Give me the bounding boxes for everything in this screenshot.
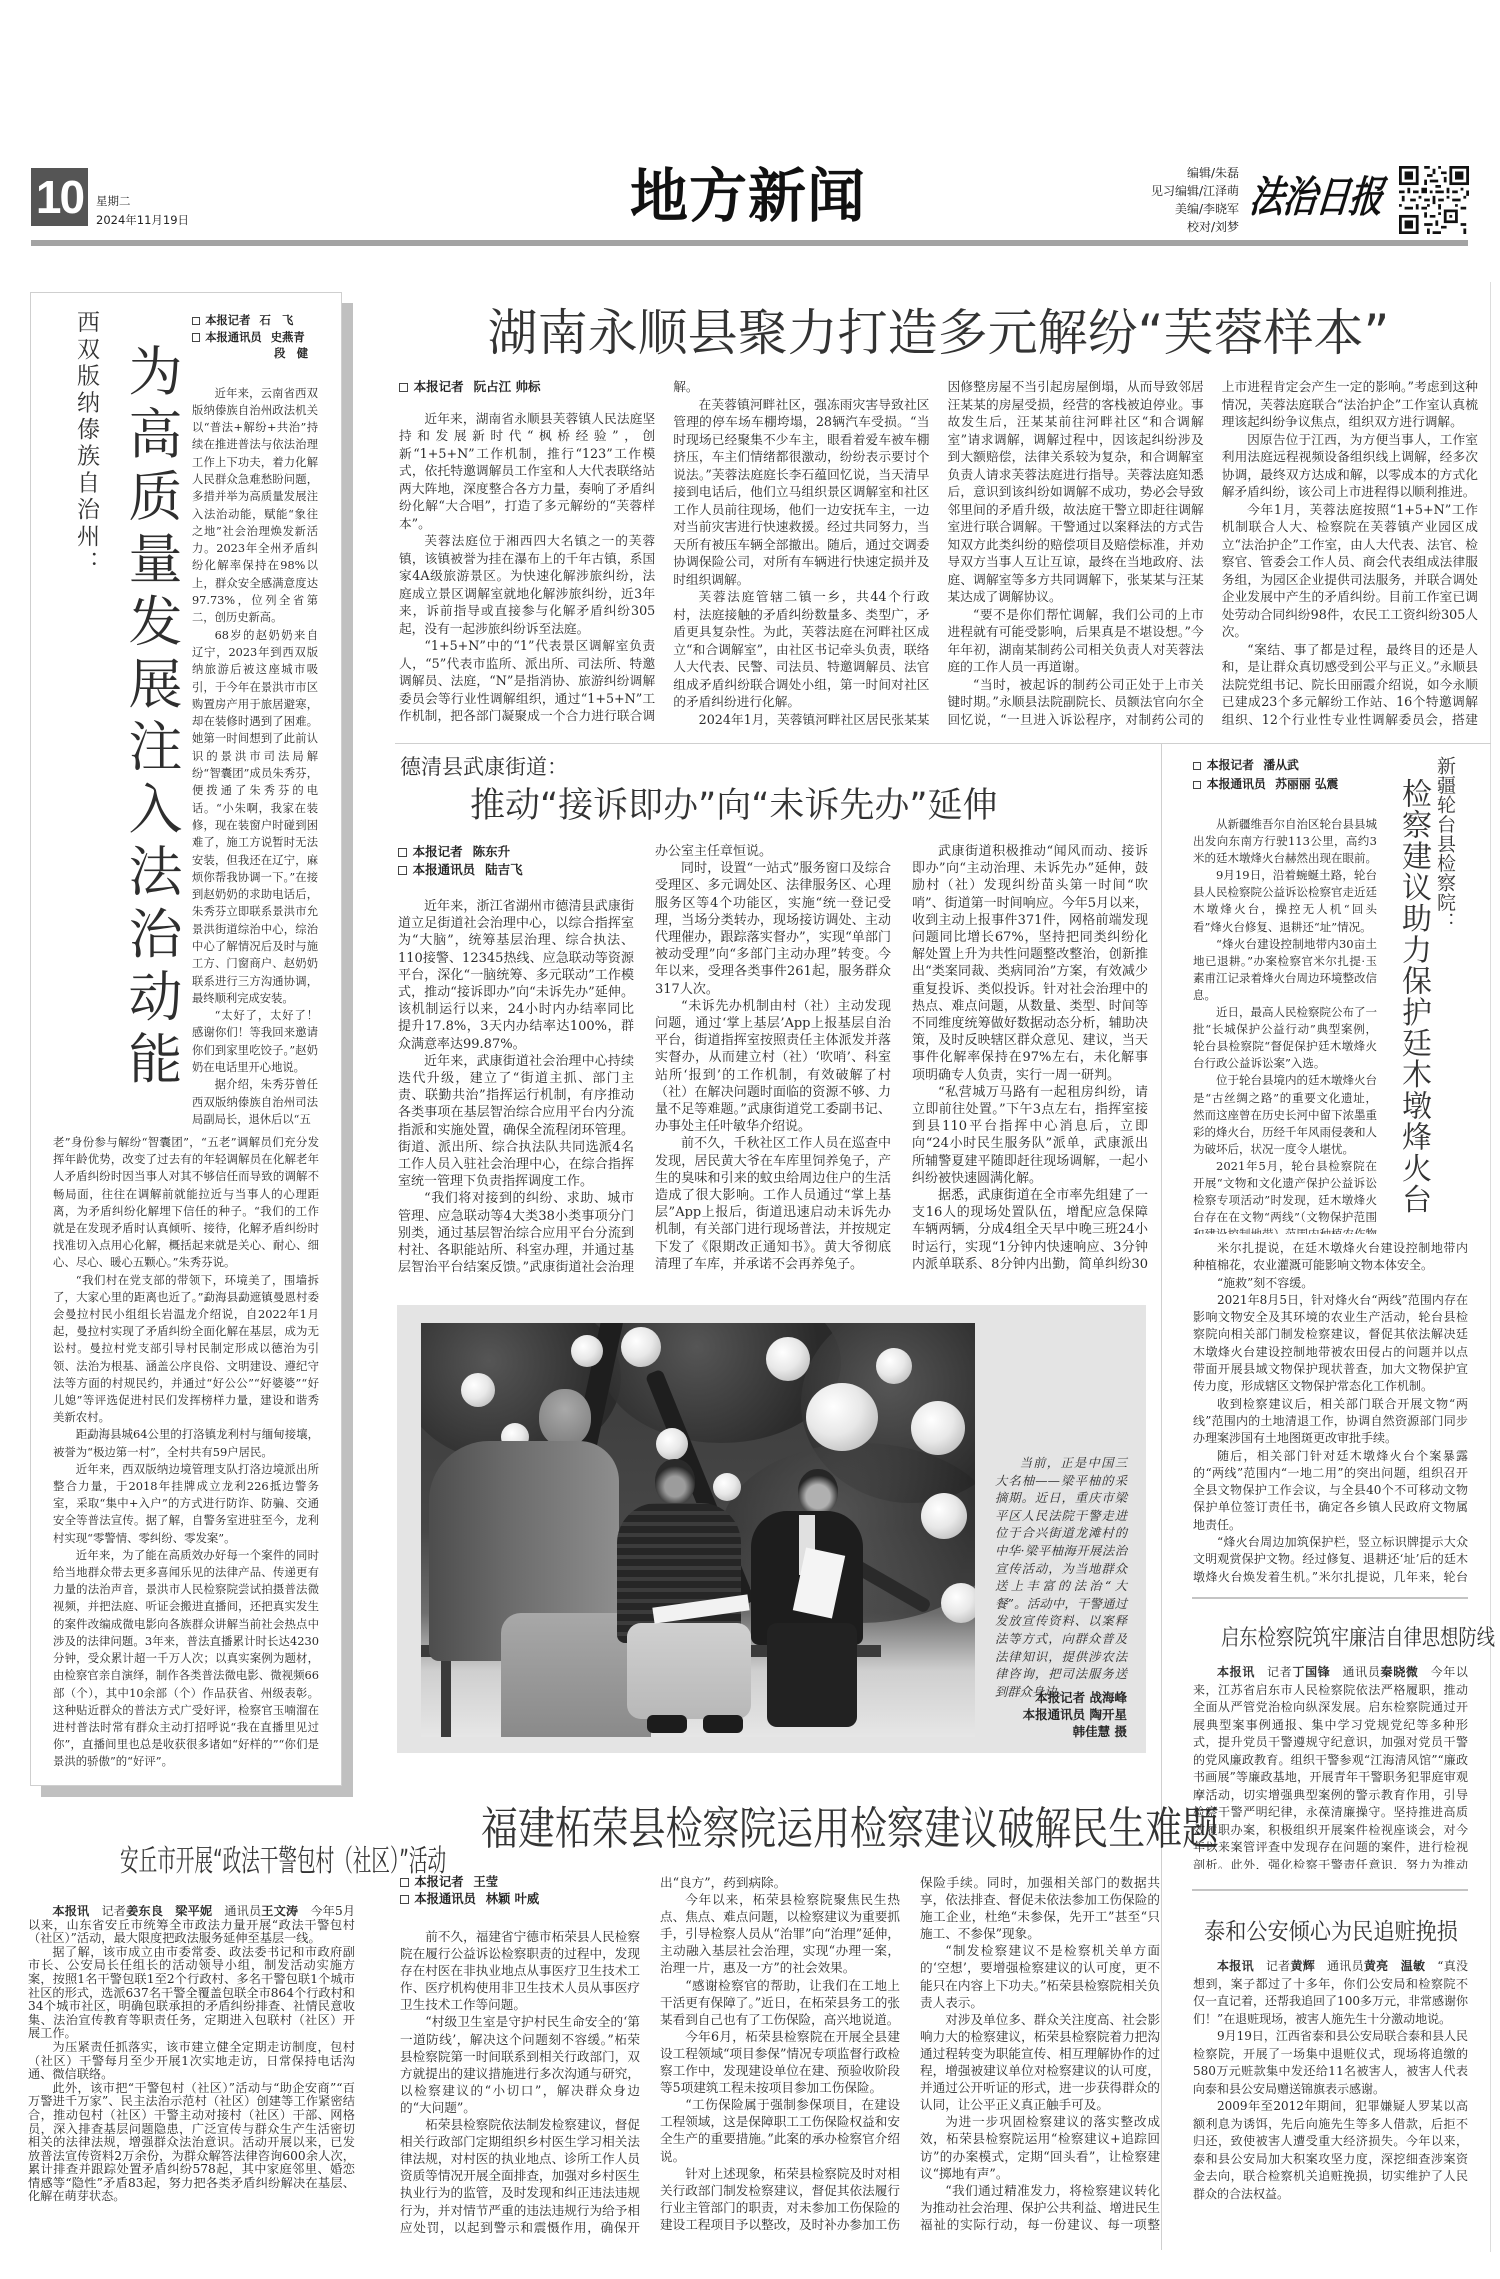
person-figure [798, 1469, 838, 1515]
paragraph: “施救”刻不容缓。 [1193, 1275, 1468, 1292]
paragraph: 此外，该市把“干警包村（社区）”活动与“助企安商”“百万警进千万家”、民主法治示… [28, 2082, 355, 2204]
article-headline: 推动“接诉即办”向“未诉先办”延伸 [470, 785, 998, 827]
byline-names: 潘从武 [1263, 758, 1298, 772]
dateline: 本报讯 [1217, 1959, 1254, 1973]
byline-names: 段 健 [274, 347, 308, 360]
paragraph: 芙蓉法庭位于湘西四大名镇之一的芙蓉镇，该镇被誉为挂在瀑布上的千年古镇，系国家4A… [399, 532, 655, 637]
paragraph: “感谢检察官的帮助，让我们在工地上干活更有保障了。”近日，在柘荣县务工的张某看到… [660, 1977, 900, 2028]
page-right-border [1490, 282, 1491, 2252]
reporter-label: 记者 [1266, 1959, 1291, 1973]
reporter-names: 黄辉 [1290, 1959, 1315, 1973]
photo-credit-line: 韩佳慧 摄 [995, 1723, 1127, 1740]
paragraph: 近年来，湖南省永顺县芙蓉镇人民法庭坚持和发展新时代“枫桥经验”，创新“1+5+N… [399, 410, 655, 533]
paragraph: 芙蓉法庭管辖二镇一乡，共44个行政村，法庭接触的矛盾纠纷数量多、类型广，矛盾更具… [673, 588, 929, 711]
byline-row: 本报记者陈东升 [398, 843, 634, 861]
paragraph: 因原告位于江西，为方便当事人，工作室利用法庭远程视频设备组织线上调解，经多次协调… [1222, 431, 1478, 501]
byline-role: 本报记者 [1207, 756, 1254, 775]
byline-row: 本报通讯员苏丽丽 弘震 [1193, 775, 1377, 794]
paragraph: 2021年8月5日，针对烽火台“两线”范围内存在影响文物安全及其环境的农业生产活… [1193, 1292, 1468, 1396]
byline-role: 本报记者 [413, 843, 463, 861]
article-kicker: 德清县武康街道： [400, 754, 568, 780]
paragraph: 在芙蓉镇河畔社区，强冻雨灾害导致社区管理的停车场车棚垮塌，28辆汽车受损。“当时… [673, 396, 929, 589]
section-title: 地方新闻 [598, 166, 898, 226]
editor-credit: 见习编辑/江泽萌 [1079, 182, 1239, 200]
headline-text: 泰和公安倾心为民追赃挽损 [1204, 1917, 1458, 1947]
article-headline: 为高质量发展注入法治动能 [113, 343, 190, 1093]
paragraph: 武康街道积极推动“闻风而动、接诉即办”向“主动治理、未诉先办”延伸，鼓励村（社）… [912, 843, 1148, 1084]
article-body-narrow: 本报记者石 飞 本报通讯员史燕青 段 健 近年来，云南省西双版纳傣族自治州政法机… [192, 313, 318, 1131]
paragraph: 从新疆维吾尔自治区轮台县县城出发向东南方行驶113公里，高约3米的廷木墩烽火台赫… [1193, 816, 1377, 867]
article-luntai-body-narrow: 本报记者潘从武 本报通讯员苏丽丽 弘震 从新疆维吾尔自治区轮台县县城出发向东南方… [1193, 756, 1377, 1234]
byline-names: 陆吉飞 [485, 862, 523, 877]
qr-code-icon [1399, 166, 1469, 234]
editor-credit: 编辑/朱磊 [1079, 164, 1239, 182]
paragraph: 距勐海县城64公里的打洛镇龙利村与缅甸接壤，被誉为“极边第一村”，全村共有59户… [53, 1426, 319, 1460]
reporter-names: 姜东良 梁平妮 [126, 1905, 212, 1918]
paragraph: 据介绍，朱秀芬曾任西双版纳傣族自治州司法局副局长，退休后以“五 [192, 1076, 318, 1128]
byline-row: 本报记者王莹 [400, 1874, 640, 1891]
byline: 本报记者王莹 本报通讯员林颖 叶威 [400, 1874, 640, 1908]
byline-row: 本报记者潘从武 [1193, 756, 1377, 775]
byline-row: 本报通讯员林颖 叶威 [400, 1891, 640, 1908]
byline-square-icon [192, 317, 200, 325]
paragraph: 为压紧责任抓落实，该市建立健全定期走访制度，包村（社区）干警每月至少开展1次实地… [28, 2041, 355, 2082]
article-kicker: 西双版纳傣族自治州： [70, 310, 103, 577]
paragraph: 据了解，该市成立由市委常委、政法委书记和市政府副市长、公安局长任组长的活动领导小… [28, 1946, 355, 2041]
article-headline: 启东检察院筑牢廉洁自律思想防线 [1193, 1625, 1468, 1653]
paragraph: 本报讯记者姜东良 梁平妮通讯员王文涛今年5月以来，山东省安丘市统筹全市政法力量开… [28, 1905, 355, 1946]
headline-text: 福建柘荣县检察院运用检察建议破解民生难题 [481, 1802, 1219, 1856]
correspondent-names: 秦晓微 [1381, 1665, 1419, 1679]
newspaper-page: 10 星期二 2024年11月19日 地方新闻 编辑/朱磊 见习编辑/江泽萌 美… [0, 0, 1500, 2279]
paragraph: 今年以来，柘荣县检察院聚焦民生热点、焦点、难点问题，以检察建议为重要抓手，引导检… [660, 1891, 900, 1976]
paragraph: 近年来，武康街道社会治理中心持续迭代升级，建立了“街道主抓、部门主责、联勤共治”… [398, 1053, 634, 1191]
paragraph: “要不是你们帮忙调解，我们公司的上市进程就有可能受影响，后果真是不堪设想。”今年… [948, 606, 1204, 676]
byline: 本报记者陈东升 本报通讯员陆吉飞 [398, 843, 634, 879]
byline-names: 陈东升 [473, 844, 511, 859]
headline-text: 安丘市开展“政法干警包村（社区）”活动 [120, 1844, 446, 1880]
byline-names: 苏丽丽 弘震 [1275, 777, 1338, 791]
paragraph: 前不久，福建省宁德市柘荣县人民检察院在履行公益诉讼检察职责的过程中，发现存在村医… [400, 1928, 640, 2013]
byline: 本报记者阮占江 帅标 [399, 378, 655, 396]
paragraph: “村级卫生室是守护村民生命安全的‘第一道防线’，解决这个问题刻不容缓。”柘荣县检… [400, 2013, 640, 2116]
reporter-names: 丁国锋 [1292, 1665, 1330, 1679]
byline-square-icon [1193, 762, 1201, 770]
section-divider-vertical [1161, 744, 1162, 2250]
article-headline: 检察建议助力保护廷木墩烽火台 [1391, 778, 1435, 1215]
photo-caption: 当前，正是中国三大名柚——梁平柚的采摘期。近日，重庆市梁平区人民法院干警走进位于… [995, 1455, 1127, 1701]
dateline: 本报讯 [52, 1905, 89, 1918]
article-luntai-body-wide: 米尔扎提说，在廷木墩烽火台建设控制地带内种植棉花，农业灌溉可能影响文物本体安全。… [1193, 1240, 1468, 1585]
weekday: 星期二 [96, 193, 131, 209]
paragraph: 位于轮台县境内的廷木墩烽火台是“古丝绸之路”的重要文化遗址，然而这座曾在历史长河… [1193, 1072, 1377, 1157]
byline-names: 林颖 叶威 [486, 1892, 539, 1906]
person-figure [539, 1389, 591, 1447]
byline-role: 本报通讯员 [414, 1891, 476, 1908]
paragraph: 近年来，为了能在高质效办好每一个案件的同时给当地群众带去更多喜闻乐见的法律产品、… [53, 1547, 319, 1771]
paragraph: 9月19日，江西省泰和县公安局联合泰和县人民检察院，开展了一场集中退赃仪式，现场… [1193, 2028, 1468, 2098]
byline-row: 段 健 [192, 346, 318, 363]
photo-credit-line: 本报记者 战海峰 [995, 1689, 1127, 1706]
paragraph: 近日，最高人民检察院公布了一批“长城保护公益行动”典型案例，轮台县检察院“督促保… [1193, 1004, 1377, 1072]
paragraph: “私营城万马路有一起租房纠纷，请立即前往处置。”下午3点左右，指挥室接到县110… [912, 1084, 1148, 1187]
article-deqing-body: 本报记者陈东升 本报通讯员陆吉飞 近年来，浙江省湖州市德清县武康街道立足街道社会… [398, 843, 1148, 1277]
photo-pomelo-orchard-legal-outreach [421, 1323, 975, 1737]
headline-text: 启东检察院筑牢廉洁自律思想防线 [1221, 1625, 1495, 1653]
paragraph: 68岁的赵奶奶来自辽宁，2023年到西双版纳旅游后被这座城市吸引，于今年在景洪市… [192, 627, 318, 1008]
correspondent-names: 黄亮 温敏 [1364, 1959, 1425, 1973]
page-number: 10 [36, 170, 83, 224]
byline-square-icon [1193, 781, 1201, 789]
paragraph: 同时，设置“一站式”服务窗口及综合受理区、多元调处区、法律服务区、心理服务区等4… [655, 860, 891, 998]
correspondent-names: 王文涛 [261, 1905, 298, 1918]
byline-square-icon [399, 383, 408, 392]
article-taihe-body: 本报讯记者黄辉通讯员黄亮 温敏“真没想到，案子都过了十多年，你们公安局和检察院不… [1193, 1958, 1468, 2248]
byline: 本报记者石 飞 本报通讯员史燕青 段 健 [192, 313, 318, 363]
paragraph: 随后，相关部门针对廷木墩烽火台个案暴露的“两线”范围内“一地二用”的突出问题，组… [1193, 1448, 1468, 1534]
reporter-label: 记者 [101, 1905, 126, 1918]
dateline: 本报讯 [1217, 1665, 1255, 1679]
article-headline: 福建柘荣县检察院运用检察建议破解民生难题 [400, 1802, 1160, 1856]
article-divider [1192, 1889, 1468, 1891]
paragraph: 今年1月，芙蓉法庭按照“1+5+N”工作机制联合人大、检察院在芙蓉镇产业园区成立… [1222, 501, 1478, 641]
article-fujian-body: 本报记者王莹 本报通讯员林颖 叶威 前不久，福建省宁德市柘荣县人民检察院在履行公… [400, 1874, 1160, 2248]
byline-square-icon [398, 848, 407, 857]
paragraph: 老”身份参与解纷“智囊团”，“五老”调解员们充分发挥年龄优势，改变了过去有的年轻… [53, 1134, 319, 1272]
article-hunan-body: 本报记者阮占江 帅标 近年来，湖南省永顺县芙蓉镇人民法庭坚持和发展新时代“枫桥经… [399, 378, 1478, 730]
byline-names: 阮占江 帅标 [474, 379, 541, 394]
paragraph: 为进一步巩固检察建议的落实整改成效，柘荣县检察院运用“检察建议+追踪回访”的办案… [920, 2113, 1160, 2181]
byline-role: 本报记者 [414, 1874, 463, 1891]
masthead-logo: 法治日报 [1246, 158, 1395, 241]
paragraph: “烽火台建设控制地带内30亩土地已退耕。”办案检察官米尔扎提·玉素甫江记录着烽火… [1193, 936, 1377, 1004]
paragraph: 2021年5月，轮台县检察院在开展“文物和文化遗产保护公益诉讼检察专项活动”时发… [1193, 1158, 1377, 1234]
byline-row: 本报通讯员陆吉飞 [398, 861, 634, 879]
editor-credits: 编辑/朱磊 见习编辑/江泽萌 美编/李晓军 校对/刘梦 [1079, 164, 1239, 236]
paragraph-text: 今年以来，江苏省启东市人民检察院依法严格履职，推动全面从严管党治检向纵深发展。启… [1193, 1665, 1468, 1869]
paragraph: 米尔扎提说，在廷木墩烽火台建设控制地带内种植棉花，农业灌溉可能影响文物本体安全。 [1193, 1240, 1468, 1275]
paragraph: 本报讯记者丁国锋通讯员秦晓微今年以来，江苏省启东市人民检察院依法严格履职，推动全… [1193, 1664, 1468, 1869]
article-headline: 泰和公安倾心为民追赃挽损 [1193, 1917, 1468, 1947]
paragraph: 2009年至2012年期间，犯罪嫌疑人罗某以高额利息为诱饵，先后向施先生等多人借… [1193, 2098, 1468, 2203]
article-body-wide: 老”身份参与解纷“智囊团”，“五老”调解员们充分发挥年龄优势，改变了过去有的年轻… [53, 1134, 319, 1774]
byline-row: 本报通讯员史燕青 [192, 330, 318, 347]
byline-role: 本报通讯员 [205, 330, 262, 347]
correspondent-label: 通讯员 [1342, 1665, 1380, 1679]
byline-role: 本报记者 [205, 313, 250, 330]
article-divider [1192, 1597, 1468, 1599]
byline-row: 本报记者石 飞 [192, 313, 318, 330]
paragraph: “我们村在党支部的带领下，环境美了，围墙拆了，大家心里的距离也近了。”勐海县勐遮… [53, 1272, 319, 1427]
paragraph: 近年来，西双版纳边境管理支队打洛边境派出所整合力量，于2018年挂牌成立龙利22… [53, 1461, 319, 1547]
editor-credit: 美编/李晓军 [1079, 200, 1239, 218]
byline-names: 石 飞 [259, 314, 293, 327]
byline-row: 本报记者阮占江 帅标 [399, 378, 655, 396]
paragraph: 近年来，浙江省湖州市德清县武康街道立足街道社会治理中心，以综合指挥室为“大脑”，… [398, 898, 634, 1053]
byline-names: 王莹 [473, 1875, 498, 1889]
header-rule [31, 240, 1468, 246]
byline: 本报记者潘从武 本报通讯员苏丽丽 弘震 [1193, 756, 1377, 794]
byline-square-icon [400, 1895, 409, 1904]
article-qidong-body: 本报讯记者丁国锋通讯员秦晓微今年以来，江苏省启东市人民检察院依法严格履职，推动全… [1193, 1664, 1468, 1869]
person-figure [655, 1459, 695, 1505]
photo-credits: 本报记者 战海峰 本报通讯员 陶开星 韩佳慧 摄 [995, 1689, 1127, 1740]
paragraph: 本报讯记者黄辉通讯员黄亮 温敏“真没想到，案子都过了十多年，你们公安局和检察院不… [1193, 1958, 1468, 2028]
page-number-badge: 10 [31, 168, 88, 226]
paragraph: 对涉及单位多、群众关注度高、社会影响力大的检察建议，柘荣县检察院着力把沟通过程转… [920, 2011, 1160, 2114]
article-anqiu-body: 本报讯记者姜东良 梁平妮通讯员王文涛今年5月以来，山东省安丘市统筹全市政法力量开… [28, 1905, 355, 2247]
correspondent-label: 通讯员 [224, 1905, 261, 1918]
paragraph: “工伤保险属于强制参保项目，在建设工程领域，这是保障职工工伤保险权益和安全生产的… [660, 2096, 900, 2164]
byline-role: 本报通讯员 [1207, 775, 1266, 794]
photo-credit-line: 本报通讯员 陶开星 [995, 1706, 1127, 1723]
editor-credit: 校对/刘梦 [1079, 218, 1239, 236]
article-headline: 湖南永顺县聚力打造多元解纷“芙蓉样本” [399, 304, 1478, 362]
byline-square-icon [398, 866, 407, 875]
paragraph: “烽火台周边加筑保护栏，竖立标识牌提示大众文明观赏保护文物。经过修复、退耕还‘址… [1193, 1534, 1468, 1585]
paragraph: 收到检察建议后，相关部门联合开展文物“两线”范围内的土地清退工作，协调自然资源部… [1193, 1396, 1468, 1448]
article-headline: 安丘市开展“政法干警包村（社区）”活动 [20, 1844, 370, 1880]
correspondent-label: 通讯员 [1327, 1959, 1364, 1973]
paragraph: “太好了，太好了！感谢你们！等我回来邀请你们到家里吃饺子。”赵奶奶在电话里开心地… [192, 1007, 318, 1076]
paragraph: 今年6月，柘荣县检察院在开展全县建设工程领域“项目参保”情况专项监督行政检察工作… [660, 2028, 900, 2096]
paragraph: “制发检察建议不是检察机关单方面的‘空想’，要增强检察建议的认可度，更不能只在内… [920, 1942, 1160, 2010]
paragraph: 近年来，云南省西双版纳傣族自治州政法机关以“普法+解纷+共治”持续在推进普法与依… [192, 385, 318, 627]
section-divider-horizontal [395, 743, 1491, 744]
paragraph: 前不久，千秋社区工作人员在巡查中发现，居民黄大爷在车库里饲养兔子，产生的臭味和引… [655, 1135, 891, 1273]
byline-square-icon [400, 1878, 409, 1887]
byline-names: 史燕青 [271, 331, 305, 344]
byline-square-icon [192, 333, 200, 341]
byline-role: 本报通讯员 [413, 861, 476, 879]
paragraph: “未诉先办机制由村（社）主动发现问题，通过‘掌上基层’App上报基层自治平台，街… [655, 998, 891, 1136]
paragraph: 9月19日，沿着蜿蜒土路，轮台县人民检察院公益诉讼检察官走近廷木墩烽火台，操控无… [1193, 867, 1377, 935]
reporter-label: 记者 [1267, 1665, 1292, 1679]
article-kicker: 新疆轮台县检察院： [1432, 756, 1459, 932]
issue-date: 2024年11月19日 [96, 212, 189, 228]
byline-role: 本报记者 [414, 378, 464, 396]
